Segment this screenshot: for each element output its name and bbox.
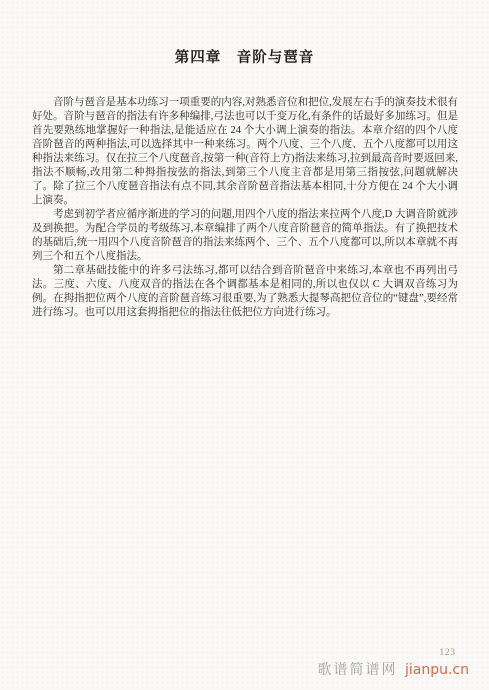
watermark: 歌谱简谱网 jianpu.cn: [317, 659, 469, 679]
page-number: 123: [440, 647, 457, 657]
watermark-site-url: jianpu.cn: [405, 662, 469, 678]
paragraph-bowing: 第二章基础技能中的许多弓法练习,都可以结合到音阶琶音中来练习,本章也不再列出弓法…: [32, 264, 458, 320]
body-text: 音阶与琶音是基本功练习一项重要的内容,对熟悉音位和把位,发展左右手的演奏技术很有…: [32, 96, 458, 320]
document-page: 第四章 音阶与琶音 音阶与琶音是基本功练习一项重要的内容,对熟悉音位和把位,发展…: [0, 0, 489, 690]
paragraph-intro: 音阶与琶音是基本功练习一项重要的内容,对熟悉音位和把位,发展左右手的演奏技术很有…: [32, 96, 458, 208]
chapter-title: 第四章 音阶与琶音: [0, 46, 489, 67]
watermark-site-name: 歌谱简谱网: [317, 663, 397, 678]
paragraph-beginners: 考虑到初学者应循序渐进的学习的问题,用四个八度的指法来拉两个八度,D 大调音阶就…: [32, 208, 458, 264]
